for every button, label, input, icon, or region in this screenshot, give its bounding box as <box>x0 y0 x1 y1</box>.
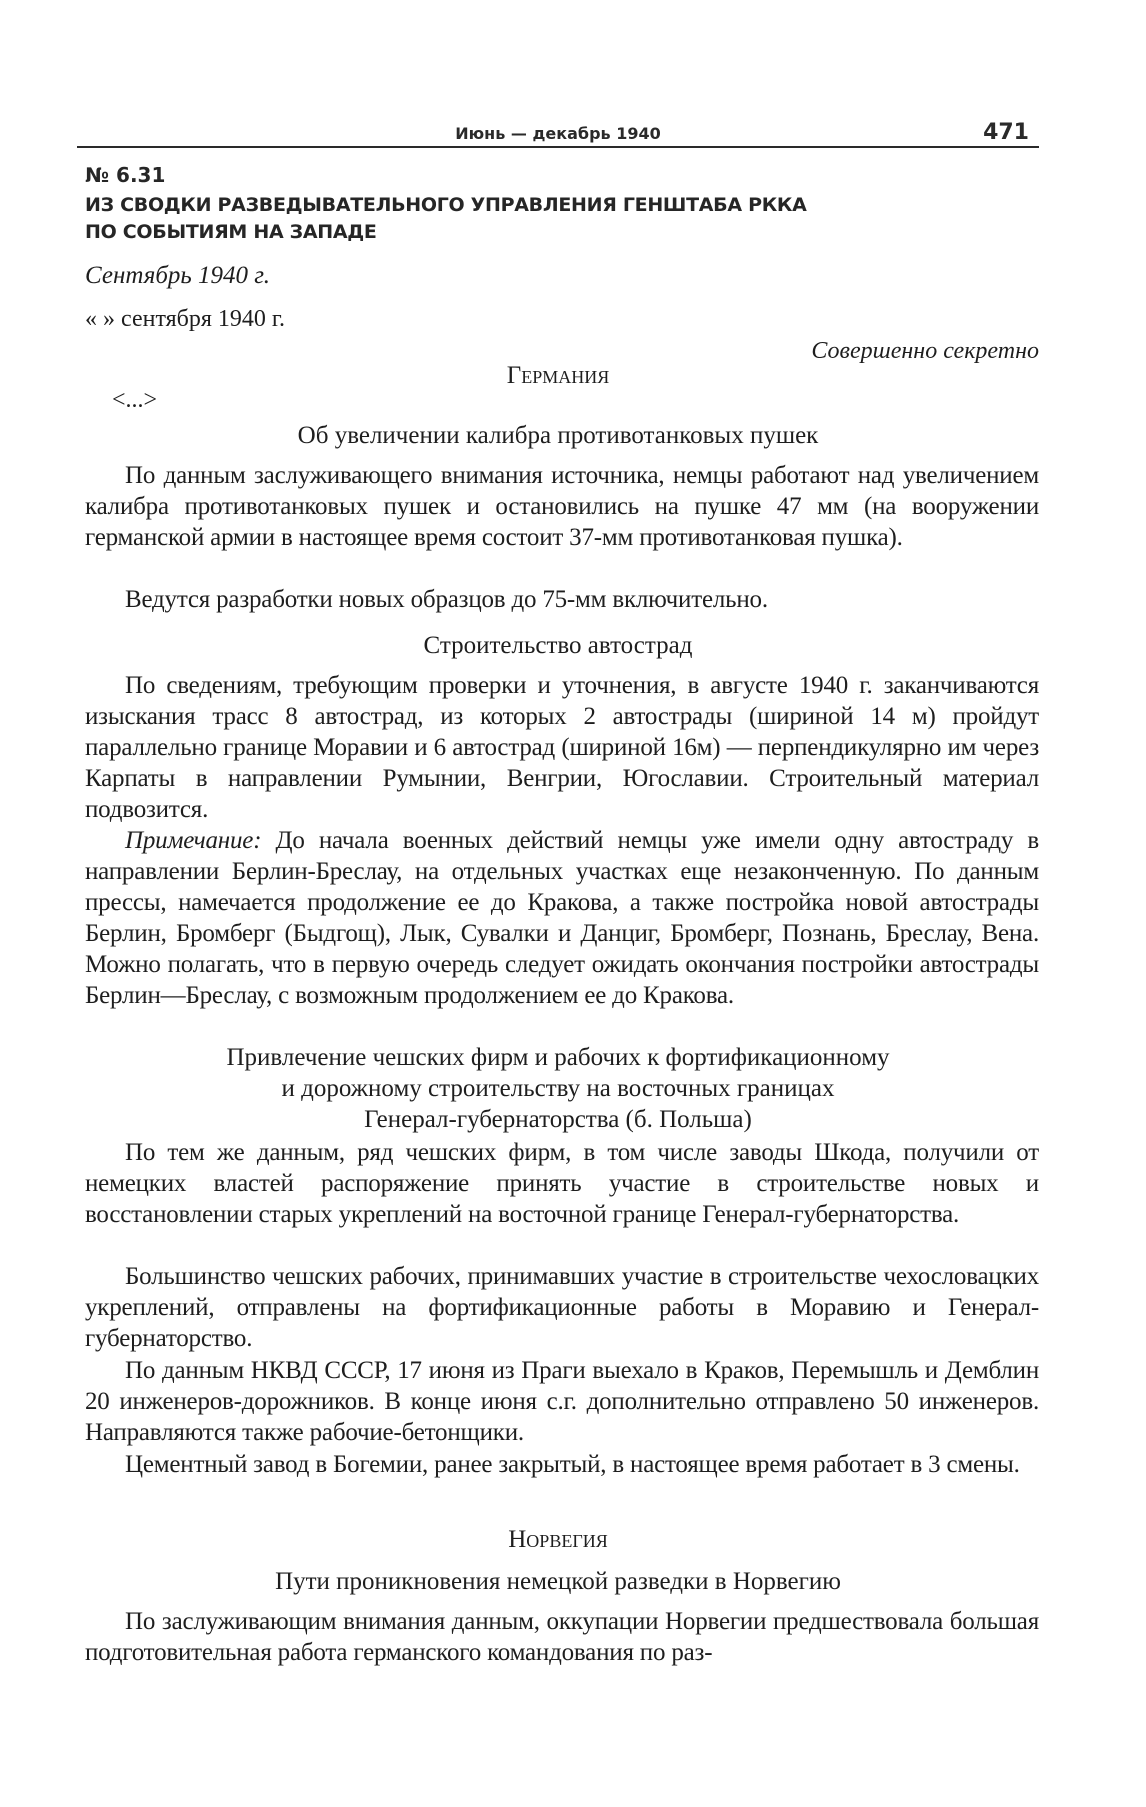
classification-stamp: Совершенно секретно <box>811 338 1039 365</box>
subsection-heading-autobahns: Строительство автострад <box>77 630 1039 661</box>
paragraph: Цементный завод в Богемии, ранее закрыты… <box>85 1449 1039 1480</box>
heading-line: Генерал-губернаторства (б. Польша) <box>77 1104 1039 1135</box>
subsection-heading-norway-intel: Пути проникновения немецкой разведки в Н… <box>77 1566 1039 1597</box>
note-paragraph: Примечание: До начала военных действий н… <box>85 825 1039 1011</box>
document-title-line-2: ПО СОБЫТИЯМ НА ЗАПАДЕ <box>85 219 985 246</box>
subsection-heading-czech-firms: Привлечение чешских фирм и рабочих к фор… <box>77 1042 1039 1135</box>
paragraph: По данным НКВД СССР, 17 июня из Праги вы… <box>85 1355 1039 1448</box>
running-head-title: Июнь — декабрь 1940 <box>77 124 1039 143</box>
paragraph: По данным заслуживающего внимания источн… <box>85 460 1039 553</box>
paragraph: Большинство чешских рабочих, принимавших… <box>85 1261 1039 1354</box>
paragraph: Ведутся разработки новых образцов до 75-… <box>85 584 1039 615</box>
document-number: № 6.31 <box>85 163 165 187</box>
subsection-heading-antitank: Об увеличении калибра противотанковых пу… <box>77 420 1039 451</box>
page-number: 471 <box>983 120 1029 145</box>
heading-line: Привлечение чешских фирм и рабочих к фор… <box>77 1042 1039 1073</box>
document-date-line: « » сентября 1940 г. <box>85 306 285 333</box>
heading-line: и дорожному строительству на восточных г… <box>77 1073 1039 1104</box>
note-text: До начала военных действий немцы уже име… <box>85 827 1039 1009</box>
section-heading-germany: Германия <box>77 362 1039 390</box>
running-head: Июнь — декабрь 1940 471 <box>77 120 1039 148</box>
note-label: Примечание: <box>125 827 261 854</box>
omission-mark: <...> <box>112 387 157 414</box>
document-title: ИЗ СВОДКИ РАЗВЕДЫВАТЕЛЬНОГО УПРАВЛЕНИЯ Г… <box>85 192 985 246</box>
section-heading-norway: Норвегия <box>77 1526 1039 1554</box>
paragraph: По тем же данным, ряд чешских фирм, в то… <box>85 1137 1039 1230</box>
paragraph: По сведениям, требующим проверки и уточн… <box>85 670 1039 825</box>
document-title-line-1: ИЗ СВОДКИ РАЗВЕДЫВАТЕЛЬНОГО УПРАВЛЕНИЯ Г… <box>85 192 985 219</box>
document-date: Сентябрь 1940 г. <box>85 262 270 290</box>
paragraph: По заслуживающим внимания данным, оккупа… <box>85 1606 1039 1668</box>
